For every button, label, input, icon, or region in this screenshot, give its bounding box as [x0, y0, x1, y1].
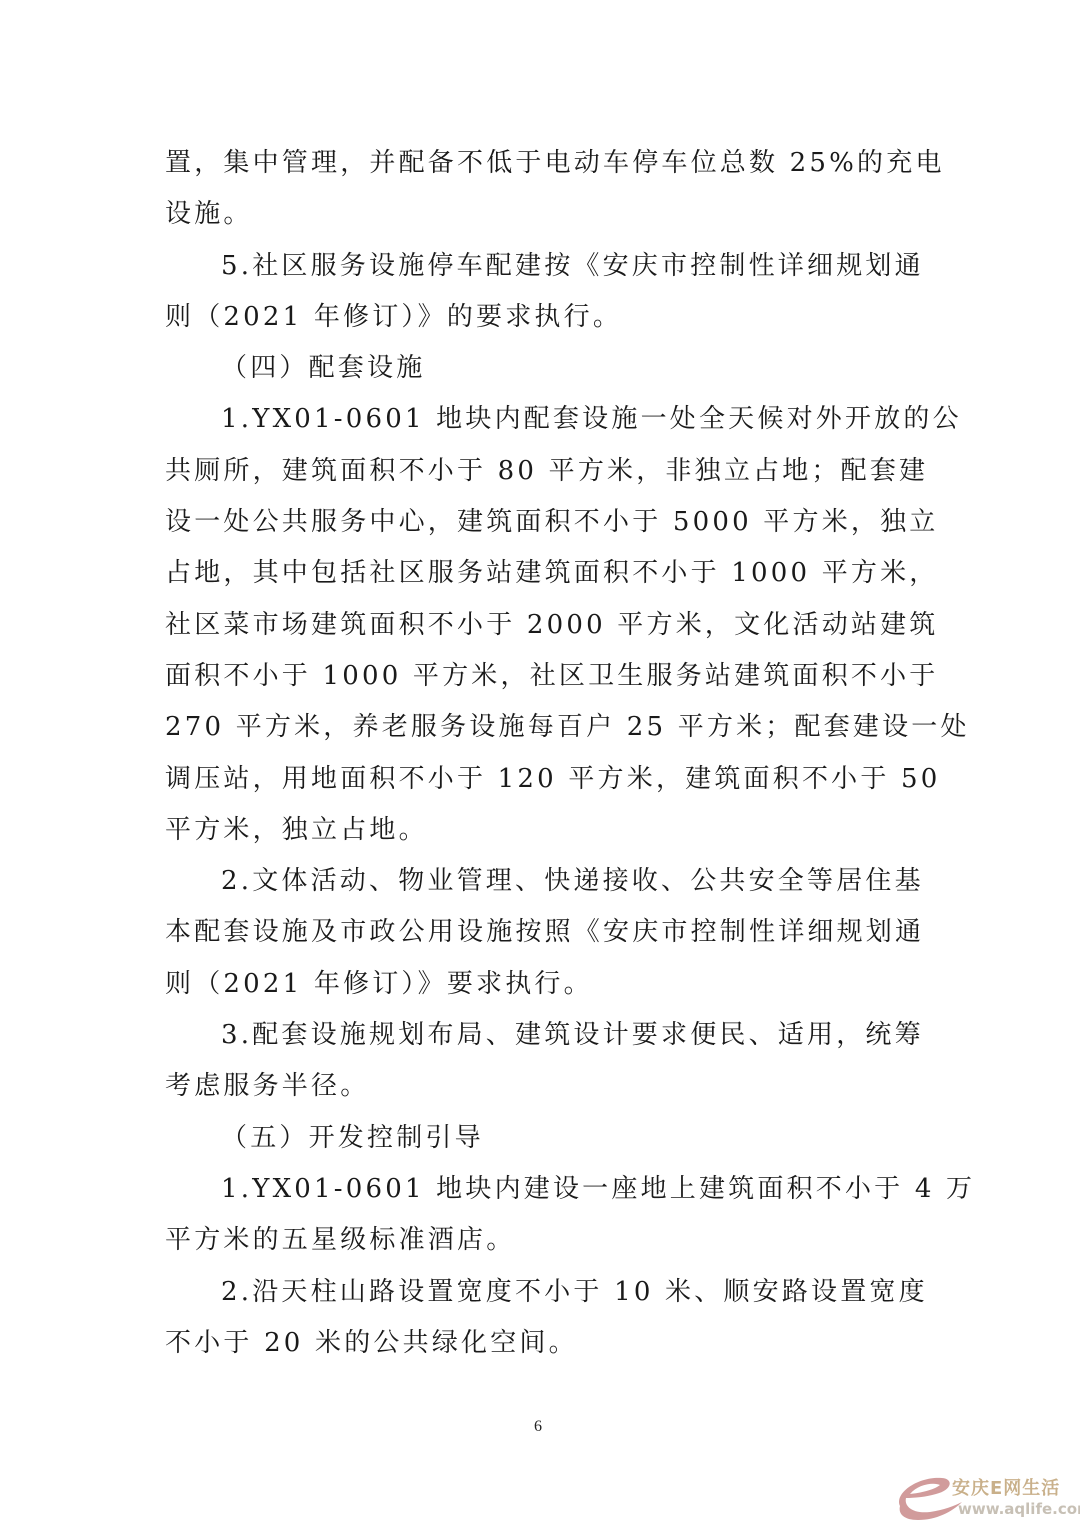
text-line: 1.YX01-0601 地块内建设一座地上建筑面积不小于 4 万 — [165, 1164, 917, 1215]
text-line: 占地，其中包括社区服务站建筑面积不小于 1000 平方米， — [165, 548, 917, 599]
text-line: 面积不小于 1000 平方米，社区卫生服务站建筑面积不小于 — [165, 651, 917, 702]
text-line: 则（2021 年修订）》要求执行。 — [165, 959, 917, 1010]
watermark: 安庆E网生活 www.aqlife.com — [890, 1470, 1080, 1525]
text-line: 5.社区服务设施停车配建按《安庆市控制性详细规划通 — [165, 241, 917, 292]
text-line: 270 平方米，养老服务设施每百户 25 平方米；配套建设一处 — [165, 702, 917, 753]
text-line: 平方米的五星级标准酒店。 — [165, 1215, 917, 1266]
watermark-name: 安庆E网生活 — [952, 1474, 1060, 1500]
text-line: 1.YX01-0601 地块内配套设施一处全天候对外开放的公 — [165, 394, 917, 445]
text-line: 考虑服务半径。 — [165, 1061, 917, 1112]
text-line: 置，集中管理，并配备不低于电动车停车位总数 25%的充电 — [165, 138, 917, 189]
text-line: 设施。 — [165, 189, 917, 240]
text-line: 3.配套设施规划布局、建筑设计要求便民、适用，统筹 — [165, 1010, 917, 1061]
text-line: 2.沿天柱山路设置宽度不小于 10 米、顺安路设置宽度 — [165, 1267, 917, 1318]
document-page: 置，集中管理，并配备不低于电动车停车位总数 25%的充电 设施。 5.社区服务设… — [0, 0, 1080, 1527]
section-heading: （四）配套设施 — [165, 343, 917, 394]
text-line: 共厕所，建筑面积不小于 80 平方米，非独立占地；配套建 — [165, 446, 917, 497]
text-line: 2.文体活动、物业管理、快递接收、公共安全等居住基 — [165, 856, 917, 907]
page-number: 6 — [534, 1418, 542, 1436]
text-line: 设一处公共服务中心，建筑面积不小于 5000 平方米，独立 — [165, 497, 917, 548]
section-heading: （五）开发控制引导 — [165, 1113, 917, 1164]
text-line: 本配套设施及市政公用设施按照《安庆市控制性详细规划通 — [165, 907, 917, 958]
text-line: 平方米，独立占地。 — [165, 805, 917, 856]
text-line: 调压站，用地面积不小于 120 平方米，建筑面积不小于 50 — [165, 754, 917, 805]
document-body: 置，集中管理，并配备不低于电动车停车位总数 25%的充电 设施。 5.社区服务设… — [165, 138, 917, 1369]
watermark-url: www.aqlife.com — [958, 1500, 1080, 1518]
text-line: 社区菜市场建筑面积不小于 2000 平方米，文化活动站建筑 — [165, 600, 917, 651]
text-line: 则（2021 年修订）》的要求执行。 — [165, 292, 917, 343]
text-line: 不小于 20 米的公共绿化空间。 — [165, 1318, 917, 1369]
